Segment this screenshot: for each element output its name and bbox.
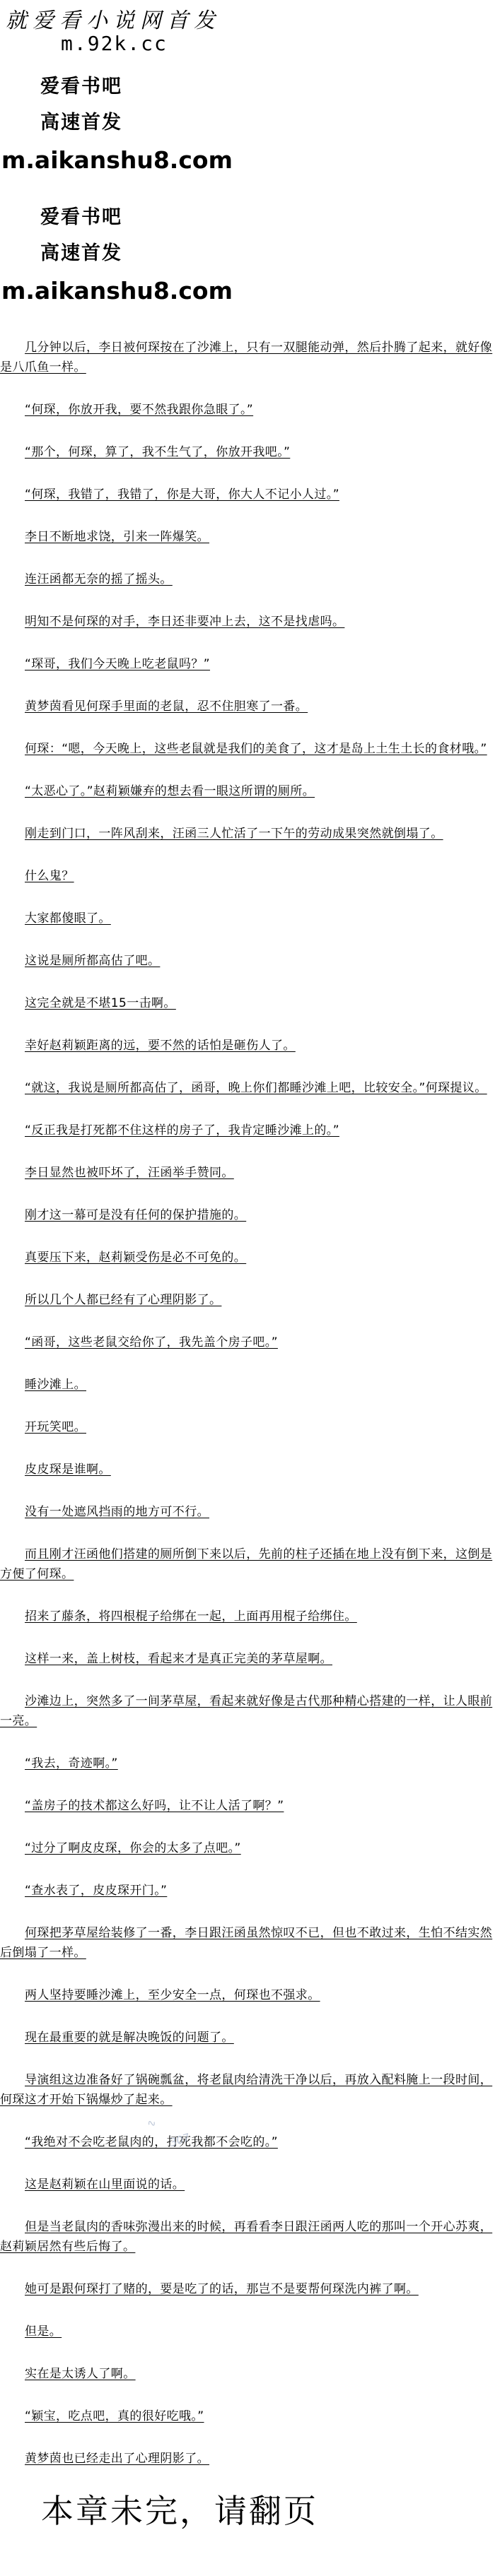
paragraph: 开玩笑吧。 [0,1417,495,1437]
paragraph: “函哥，这些老鼠交给你了，我先盖个房子吧。” [0,1333,495,1352]
promo-site-name: 爱看书吧 [40,207,495,228]
paragraph: 这是赵莉颖在山里面说的话。 [0,2175,495,2194]
paragraph: 何琛：“嗯，今天晚上，这些老鼠就是我们的美食了，这才是岛上土生土长的食材哦。” [0,739,495,759]
paragraph: 什么鬼？ [0,866,495,886]
paragraph: “颖宝，吃点吧，真的很好吃哦。” [0,2406,495,2426]
promo-block-2: 爱看书吧高速首发m.aikanshu8.com [0,207,495,302]
paragraph: 但是。 [0,2322,495,2341]
paragraph: 这样一来，盖上树枝，看起来才是真正完美的茅草屋啊。 [0,1649,495,1669]
paragraph: 睡沙滩上。 [0,1375,495,1395]
paragraph: 李日显然也被吓坏了，汪函举手赞同。 [0,1163,495,1183]
promo-tagline: 高速首发 [40,243,495,264]
paragraph: “查水表了，皮皮琛开门。” [0,1881,495,1901]
paragraph: “我绝对不会吃老鼠肉的，打死我都不会吃的。” [0,2132,495,2152]
promo-block-1: 爱看书吧高速首发m.aikanshu8.com [0,76,495,172]
promo-site-url: m.aikanshu8.com [1,279,495,302]
paragraph: 而且刚才汪函他们搭建的厕所倒下来以后，先前的柱子还插在地上没有倒下来，这倒是方便… [0,1544,495,1584]
watermark-script-url: m.92k.cc [61,34,495,54]
promo-site-url: m.aikanshu8.com [1,148,495,172]
paragraph: 明知不是何琛的对手，李日还非要冲上去，这不是找虐吗。 [0,612,495,632]
paragraph: 连汪函都无奈的摇了摇头。 [0,569,495,589]
paragraph: 真要压下来，赵莉颖受伤是必不可免的。 [0,1248,495,1268]
promo-blocks: 爱看书吧高速首发m.aikanshu8.com爱看书吧高速首发m.aikansh… [0,76,495,302]
paragraph: 何琛把茅草屋给装修了一番，李日跟汪函虽然惊叹不已，但也不敢过来，生怕不结实然后倒… [0,1923,495,1963]
paragraph: 招来了藤条，将四根棍子给绑在一起，上面再用棍子给绑住。 [0,1607,495,1626]
paragraph: 但是当老鼠肉的香味弥漫出来的时候，再看看李日跟汪函两人吃的那叫一个开心苏爽，赵莉… [0,2217,495,2257]
paragraph: “过分了啊皮皮琛，你会的太多了点吧。” [0,1838,495,1858]
paragraph: 刚走到门口，一阵风刮来，汪函三人忙活了一下午的劳动成果突然就倒塌了。 [0,824,495,844]
paragraph: “反正我是打死都不住这样的房子了，我肯定睡沙滩上的。” [0,1121,495,1140]
paragraph: 幸好赵莉颖距离的远，要不然的话怕是砸伤人了。 [0,1036,495,1056]
page-turn-notice[interactable]: 本章未完，请翻页 [41,2491,495,2531]
promo-tagline: 高速首发 [40,112,495,133]
paragraph: 大家都傻眼了。 [0,909,495,928]
paragraph: 黄梦茵看见何琛手里面的老鼠，忍不住胆寒了一番。 [0,697,495,716]
promo-site-name: 爱看书吧 [40,76,495,97]
paragraph: “那个，何琛，算了，我不生气了，你放开我吧。” [0,442,495,462]
paragraph: “琛哥，我们今天晚上吃老鼠吗？” [0,654,495,674]
novel-reader-page: 就爱看小说网首发 m.92k.cc 爱看书吧高速首发m.aikanshu8.co… [0,0,495,2576]
watermark-script-title: 就爱看小说网首发 [6,8,495,34]
paragraph: “何琛，我错了，我错了，你是大哥，你大人不记小人过。” [0,485,495,504]
paragraph: 导演组这边准备好了锅碗瓢盆，将老鼠肉给清洗干净以后，再放入配料腌上一段时间，何琛… [0,2070,495,2110]
paragraph: “盖房子的技术都这么好吗，让不让人活了啊？” [0,1796,495,1816]
paragraph: 所以几个人都已经有了心理阴影了。 [0,1290,495,1310]
paragraph: “何琛，你放开我，要不然我跟你急眼了。” [0,400,495,420]
paragraph: 没有一处遮风挡雨的地方可不行。 [0,1502,495,1522]
paragraph: 皮皮琛是谁啊。 [0,1460,495,1479]
paragraph: 这完全就是不堪15一击啊。 [0,993,495,1013]
paragraph: 李日不断地求饶，引来一阵爆笑。 [0,527,495,547]
paragraph: “太恶心了。”赵莉颖嫌弃的想去看一眼这所谓的厕所。 [0,781,495,801]
paragraph: “我去，奇迹啊。” [0,1754,495,1773]
paragraph: 沙滩边上，突然多了一间茅草屋，看起来就好像是古代那种精心搭建的一样，让人眼前一亮… [0,1691,495,1731]
paragraph: 实在是太诱人了啊。 [0,2364,495,2384]
paragraph: 刚才这一幕可是没有任何的保护措施的。 [0,1205,495,1225]
paragraph: 这说是厕所都高估了吧。 [0,951,495,971]
paragraph: 现在最重要的就是解决晚饭的问题了。 [0,2028,495,2048]
paragraph: “就这，我说是厕所都高估了，函哥，晚上你们都睡沙滩上吧，比较安全。”何琛提议。 [0,1078,495,1098]
chapter-body: 几分钟以后，李日被何琛按在了沙滩上，只有一双腿能动弹，然后扑腾了起来，就好像是八… [0,338,495,2469]
paragraph: 黄梦茵也已经走出了心理阴影了。 [0,2449,495,2469]
paragraph: 两人坚持要睡沙滩上，至少安全一点，何琛也不强求。 [0,1985,495,2005]
paragraph: 她可是跟何琛打了赌的，要是吃了的话，那岂不是要帮何琛洗内裤了啊。 [0,2279,495,2299]
paragraph: 几分钟以后，李日被何琛按在了沙滩上，只有一双腿能动弹，然后扑腾了起来，就好像是八… [0,338,495,377]
